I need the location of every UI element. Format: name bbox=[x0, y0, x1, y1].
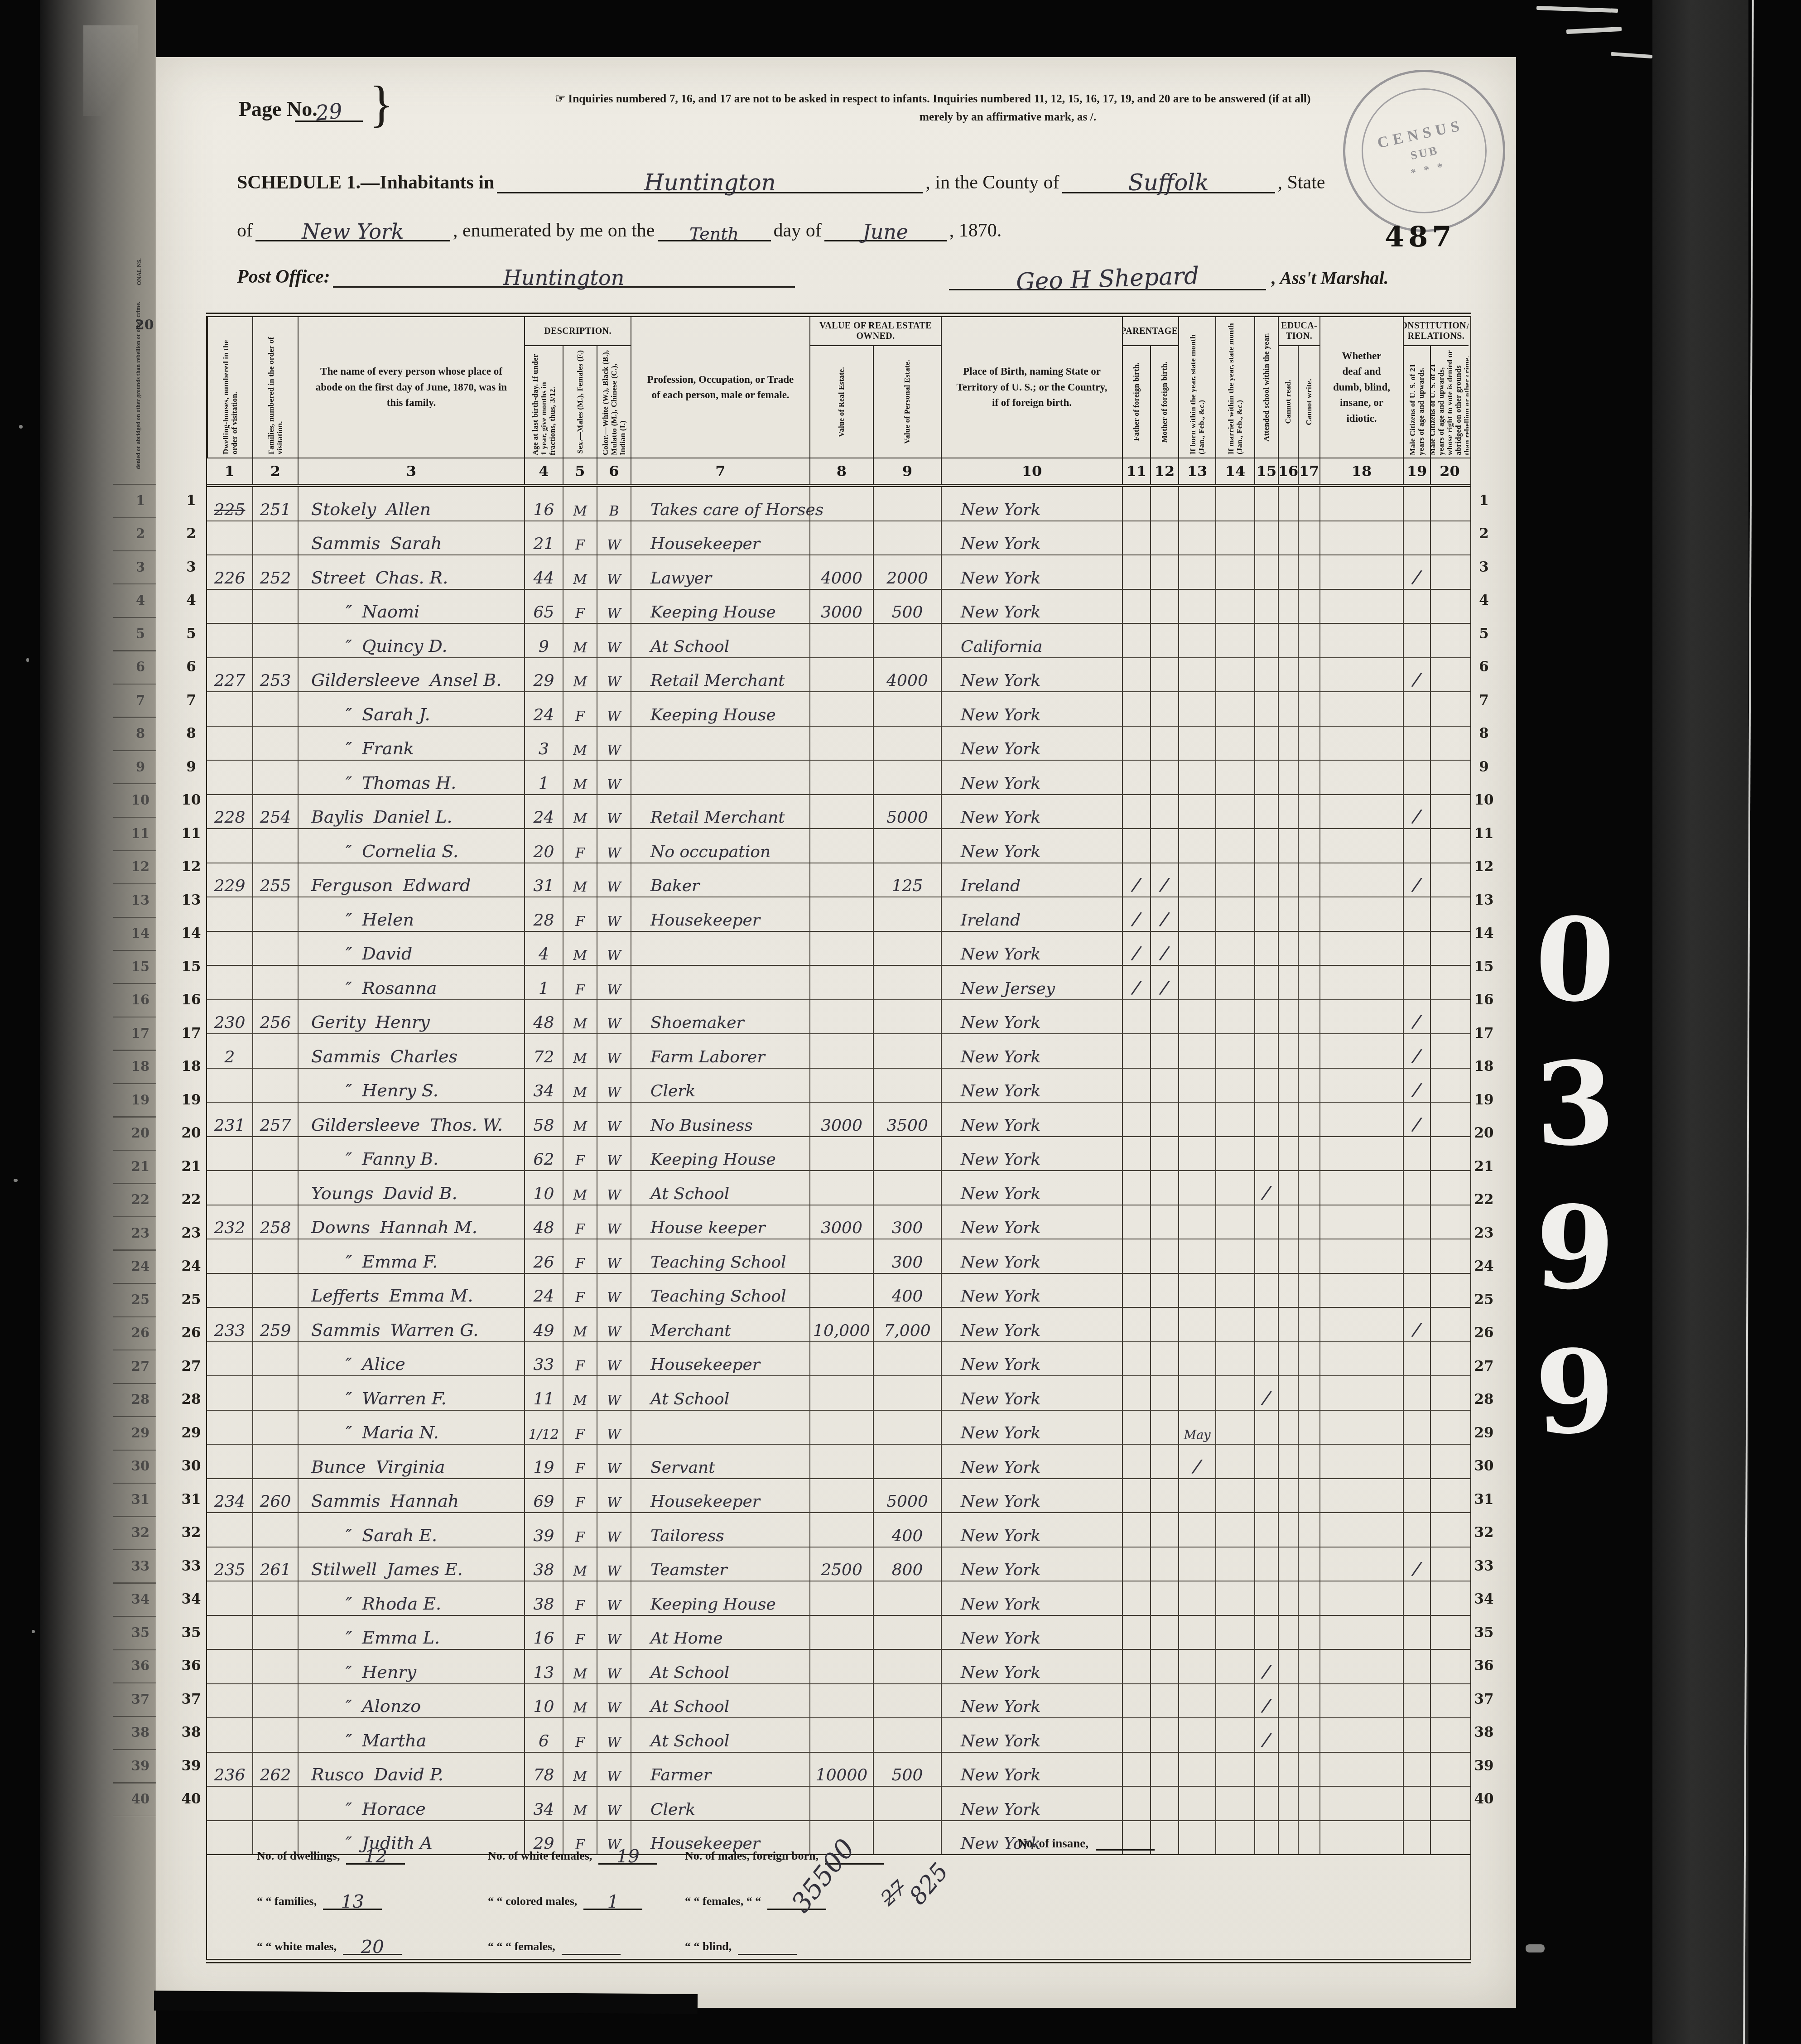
cell-sex: M bbox=[563, 1034, 597, 1068]
surname: ″ bbox=[311, 1628, 352, 1648]
cell-col13 bbox=[1178, 487, 1215, 521]
line-number: 40 bbox=[1471, 1783, 1497, 1816]
cell-col17 bbox=[1298, 692, 1319, 726]
cell-col19: / bbox=[1403, 1103, 1430, 1136]
cell-family: 252 bbox=[252, 555, 298, 589]
film-speck bbox=[14, 1179, 18, 1182]
given-name: Edward bbox=[403, 875, 471, 895]
cell-birthplace: New York bbox=[941, 1479, 1122, 1513]
line-number: 9 bbox=[1471, 750, 1497, 784]
previous-page-line-numbers: 1234567891011121314151617181920212223242… bbox=[128, 484, 153, 1816]
line-number: 37 bbox=[1471, 1682, 1497, 1716]
cell-dwelling bbox=[207, 829, 252, 863]
cell-name: DownsHannah M. bbox=[298, 1205, 524, 1239]
cell-real-estate bbox=[809, 1479, 873, 1513]
enumeration-line: of New York , enumerated by me on the Te… bbox=[237, 213, 1004, 241]
cell-col19: / bbox=[1403, 1308, 1430, 1341]
cell-col17 bbox=[1298, 932, 1319, 965]
line-number: 39 bbox=[178, 1749, 204, 1783]
cell-age: 31 bbox=[524, 863, 563, 897]
cell-personal-estate bbox=[873, 1581, 941, 1615]
column-header: If married within the year, state month … bbox=[1215, 317, 1254, 458]
table-row: 226252StreetChas. R.44MWLawyer40002000Ne… bbox=[207, 555, 1470, 590]
cell-personal-estate: 5000 bbox=[873, 1479, 941, 1513]
cell-col11 bbox=[1122, 1581, 1150, 1615]
affirmative-mark: / bbox=[1412, 874, 1421, 895]
cell-col16 bbox=[1278, 1581, 1298, 1615]
column-header: Value of Real Estate. bbox=[809, 346, 873, 458]
cell-col17 bbox=[1298, 863, 1319, 897]
cell-col17 bbox=[1298, 761, 1319, 794]
group-header: Parentage. bbox=[1122, 317, 1178, 346]
summary-line: “ “ blind, bbox=[685, 1910, 884, 1955]
cell-col13 bbox=[1178, 692, 1215, 726]
line-number: 36 bbox=[178, 1649, 204, 1683]
cell-sex: F bbox=[563, 1205, 597, 1239]
cell-col11 bbox=[1122, 1513, 1150, 1547]
cell-col11 bbox=[1122, 1069, 1150, 1102]
affirmative-mark: / bbox=[1262, 1661, 1271, 1682]
cell-col14 bbox=[1215, 1205, 1254, 1239]
cell-personal-estate bbox=[873, 761, 941, 794]
cell-col19 bbox=[1403, 1684, 1430, 1718]
cell-name: ″Thomas H. bbox=[298, 761, 524, 794]
census-office-stamp: CENSUS SUB * * * bbox=[1328, 55, 1521, 247]
cell-family bbox=[252, 897, 298, 931]
given-name: Emma M. bbox=[389, 1286, 473, 1306]
cell-birthplace: New York bbox=[941, 658, 1122, 692]
census-table: Description.Value of Real Estate Owned.P… bbox=[206, 316, 1471, 1855]
cell-real-estate bbox=[809, 1718, 873, 1752]
cell-real-estate bbox=[809, 1376, 873, 1410]
cell-col14 bbox=[1215, 658, 1254, 692]
cell-family: 254 bbox=[252, 795, 298, 829]
cell-col12 bbox=[1150, 1411, 1178, 1444]
table-row: 230256GerityHenry48MWShoemakerNew York/ bbox=[207, 1000, 1470, 1035]
line-number: 23 bbox=[1471, 1216, 1497, 1250]
cell-col17 bbox=[1298, 795, 1319, 829]
cell-family bbox=[252, 1718, 298, 1752]
column-header-label: Age at last birth-day. If under 1 year, … bbox=[531, 348, 557, 455]
cell-col20 bbox=[1430, 795, 1469, 829]
cell-sex: M bbox=[563, 795, 597, 829]
given-name: Maria N. bbox=[362, 1422, 439, 1442]
cell-dwelling bbox=[207, 590, 252, 623]
cell-real-estate bbox=[809, 1581, 873, 1615]
cell-family bbox=[252, 966, 298, 999]
surname: Sammis bbox=[311, 1046, 380, 1066]
surname: Bunce bbox=[311, 1457, 366, 1477]
line-number: 19 bbox=[128, 1083, 153, 1117]
cell-age: 16 bbox=[524, 487, 563, 521]
cell-col19 bbox=[1403, 1411, 1430, 1444]
cell-col16 bbox=[1278, 863, 1298, 897]
post-office-value: Huntington bbox=[503, 265, 624, 290]
cell-birthplace: New York bbox=[941, 795, 1122, 829]
cell-occupation: At School bbox=[631, 1650, 809, 1683]
cell-col18 bbox=[1319, 624, 1403, 657]
cell-col12 bbox=[1150, 1376, 1178, 1410]
cell-col14 bbox=[1215, 1000, 1254, 1034]
table-row: ″Henry13MWAt SchoolNew York/ bbox=[207, 1650, 1470, 1684]
surname: Stilwell bbox=[311, 1559, 377, 1579]
cell-col18 bbox=[1319, 1103, 1403, 1136]
cell-real-estate bbox=[809, 966, 873, 999]
cell-name: StilwellJames E. bbox=[298, 1547, 524, 1581]
line-number: 10 bbox=[1471, 784, 1497, 817]
column-header: Age at last birth-day. If under 1 year, … bbox=[524, 346, 563, 458]
cell-dwelling bbox=[207, 727, 252, 760]
cell-family bbox=[252, 1787, 298, 1820]
table-row: ″Fanny B.62FWKeeping HouseNew York bbox=[207, 1137, 1470, 1171]
year-label: , 1870. bbox=[949, 220, 1002, 241]
cell-col13 bbox=[1178, 1718, 1215, 1752]
line-number: 14 bbox=[178, 917, 204, 950]
cell-col16 bbox=[1278, 1034, 1298, 1068]
cell-col11 bbox=[1122, 1239, 1150, 1273]
given-name: Thos. W. bbox=[430, 1115, 503, 1135]
column-header: Whether deaf and dumb, blind, insane, or… bbox=[1319, 317, 1403, 458]
cell-sex: F bbox=[563, 966, 597, 999]
cell-age: 24 bbox=[524, 692, 563, 726]
cell-col20 bbox=[1430, 1171, 1469, 1205]
line-number: 2 bbox=[178, 517, 204, 551]
summary-label: “ “ “ females, bbox=[488, 1940, 555, 1955]
surname: Gildersleeve bbox=[311, 670, 420, 690]
cell-col19 bbox=[1403, 1718, 1430, 1752]
given-name: Cornelia S. bbox=[362, 841, 458, 861]
cell-family bbox=[252, 1376, 298, 1410]
line-number: 12 bbox=[1471, 850, 1497, 884]
group-header: Educa- tion. bbox=[1278, 317, 1319, 346]
cell-birthplace: New York bbox=[941, 727, 1122, 760]
cell-birthplace: New York bbox=[941, 1684, 1122, 1718]
cell-col11 bbox=[1122, 1137, 1150, 1171]
cell-col20 bbox=[1430, 966, 1469, 999]
cell-occupation: At School bbox=[631, 624, 809, 657]
cell-age: 24 bbox=[524, 795, 563, 829]
cell-sex: M bbox=[563, 1308, 597, 1341]
cell-occupation: Teaching School bbox=[631, 1274, 809, 1307]
cell-personal-estate: 7,000 bbox=[873, 1308, 941, 1341]
line-number: 31 bbox=[128, 1483, 153, 1516]
cell-col17 bbox=[1298, 1274, 1319, 1307]
cell-real-estate: 4000 bbox=[809, 555, 873, 589]
summary-line: “ “ families,13 bbox=[257, 1865, 405, 1910]
cell-name: ″Emma L. bbox=[298, 1616, 524, 1649]
cell-col11 bbox=[1122, 829, 1150, 863]
line-number: 14 bbox=[1471, 917, 1497, 950]
cell-personal-estate bbox=[873, 487, 941, 521]
cell-personal-estate bbox=[873, 966, 941, 999]
line-number: 19 bbox=[178, 1083, 204, 1117]
surname: Rusco bbox=[311, 1764, 364, 1784]
cell-color: W bbox=[597, 1376, 631, 1410]
affirmative-mark: / bbox=[1412, 1045, 1421, 1066]
cell-age: 78 bbox=[524, 1753, 563, 1786]
given-name: David B. bbox=[383, 1183, 457, 1203]
cell-name: ″Martha bbox=[298, 1718, 524, 1752]
cell-dwelling: 233 bbox=[207, 1308, 252, 1341]
cell-col19 bbox=[1403, 727, 1430, 760]
cell-col20 bbox=[1430, 1411, 1469, 1444]
cell-col12: / bbox=[1150, 863, 1178, 897]
column-header-label: Cannot read. bbox=[1284, 380, 1292, 424]
post-office-blank: Huntington bbox=[333, 259, 795, 288]
cell-real-estate bbox=[809, 521, 873, 555]
line-number: 23 bbox=[128, 1216, 153, 1250]
cell-sex: F bbox=[563, 1342, 597, 1376]
cell-sex: F bbox=[563, 1581, 597, 1615]
cell-col15: / bbox=[1254, 1684, 1278, 1718]
cell-color: W bbox=[597, 1718, 631, 1752]
cell-occupation: Keeping House bbox=[631, 1581, 809, 1615]
insane-count: No. of insane, bbox=[1018, 1831, 1155, 1851]
given-name: Charles bbox=[390, 1046, 457, 1066]
column-header-label: Attended school within the year. bbox=[1262, 333, 1271, 442]
cell-family bbox=[252, 692, 298, 726]
cell-family bbox=[252, 932, 298, 965]
cell-occupation: Housekeeper bbox=[631, 1342, 809, 1376]
cell-col20 bbox=[1430, 897, 1469, 931]
cell-age: 1 bbox=[524, 761, 563, 794]
affirmative-mark: / bbox=[1412, 1114, 1421, 1135]
cell-col11 bbox=[1122, 555, 1150, 589]
cell-col12 bbox=[1150, 1171, 1178, 1205]
column-number: 4 bbox=[524, 458, 563, 484]
cell-occupation: Teaching School bbox=[631, 1239, 809, 1273]
cell-col13 bbox=[1178, 1034, 1215, 1068]
cell-col13 bbox=[1178, 966, 1215, 999]
cell-col16 bbox=[1278, 1513, 1298, 1547]
column-header: Male Citizens of U. S. of 21 years of ag… bbox=[1403, 346, 1430, 458]
cell-sex: M bbox=[563, 555, 597, 589]
cell-color: W bbox=[597, 932, 631, 965]
cell-birthplace: New York bbox=[941, 692, 1122, 726]
column-header-label: Dwelling-houses, numbered in the order o… bbox=[222, 320, 239, 454]
line-number: 8 bbox=[128, 717, 153, 751]
line-number: 24 bbox=[1471, 1250, 1497, 1283]
cell-birthplace: New York bbox=[941, 1376, 1122, 1410]
cell-col12 bbox=[1150, 1445, 1178, 1478]
cell-age: 58 bbox=[524, 1103, 563, 1136]
previous-page-column-number: 20 bbox=[135, 317, 154, 333]
given-name: Alice bbox=[362, 1354, 405, 1374]
cell-col12 bbox=[1150, 521, 1178, 555]
line-number: 25 bbox=[128, 1283, 153, 1316]
cell-occupation: At School bbox=[631, 1171, 809, 1205]
cell-family bbox=[252, 1513, 298, 1547]
cell-real-estate bbox=[809, 1445, 873, 1478]
cell-age: 65 bbox=[524, 590, 563, 623]
table-row: ″Helen28FWHousekeeperIreland// bbox=[207, 897, 1470, 932]
cell-color: W bbox=[597, 1274, 631, 1307]
cell-dwelling: 227 bbox=[207, 658, 252, 692]
summary-line: “ “ white males,20 bbox=[257, 1910, 405, 1955]
cell-family bbox=[252, 1137, 298, 1171]
cell-col17 bbox=[1298, 1787, 1319, 1820]
cell-occupation: House keeper bbox=[631, 1205, 809, 1239]
cell-col15 bbox=[1254, 1581, 1278, 1615]
cell-col11 bbox=[1122, 1445, 1150, 1478]
column-header-label: Whether deaf and dumb, blind, insane, or… bbox=[1320, 348, 1403, 427]
cell-col14 bbox=[1215, 1513, 1254, 1547]
table-row: 2SammisCharles72MWFarm LaborerNew York/ bbox=[207, 1034, 1470, 1069]
cell-col20 bbox=[1430, 1445, 1469, 1478]
cell-age: 48 bbox=[524, 1205, 563, 1239]
cell-col13 bbox=[1178, 521, 1215, 555]
cell-col18 bbox=[1319, 863, 1403, 897]
cell-col18 bbox=[1319, 1342, 1403, 1376]
cell-name: StreetChas. R. bbox=[298, 555, 524, 589]
cell-col14 bbox=[1215, 1069, 1254, 1102]
column-header: Value of Personal Estate. bbox=[873, 346, 941, 458]
cell-name: ″Alonzo bbox=[298, 1684, 524, 1718]
cell-personal-estate: 400 bbox=[873, 1274, 941, 1307]
film-speck bbox=[1526, 1944, 1545, 1952]
cell-occupation: At School bbox=[631, 1684, 809, 1718]
film-scratch bbox=[1536, 6, 1618, 13]
column-header-label: Cannot write. bbox=[1305, 379, 1313, 425]
line-number: 26 bbox=[178, 1316, 204, 1350]
cell-occupation: Baker bbox=[631, 863, 809, 897]
cell-real-estate bbox=[809, 1069, 873, 1102]
cell-age: 33 bbox=[524, 1342, 563, 1376]
previous-page-fragment-text: denied or abridged on other grounds than… bbox=[135, 288, 141, 469]
cell-col19 bbox=[1403, 1274, 1430, 1307]
cell-family bbox=[252, 1342, 298, 1376]
cell-col18 bbox=[1319, 1000, 1403, 1034]
cell-col18 bbox=[1319, 829, 1403, 863]
cell-birthplace: New York bbox=[941, 487, 1122, 521]
cell-col11 bbox=[1122, 1103, 1150, 1136]
summary-blank: 20 bbox=[343, 1933, 402, 1955]
given-name: Sarah bbox=[390, 533, 442, 553]
cell-family bbox=[252, 521, 298, 555]
cell-real-estate bbox=[809, 727, 873, 760]
cell-sex: M bbox=[563, 1547, 597, 1581]
cell-sex: M bbox=[563, 487, 597, 521]
line-number: 6 bbox=[178, 651, 204, 684]
cell-col13 bbox=[1178, 1205, 1215, 1239]
cell-col18 bbox=[1319, 1171, 1403, 1205]
instructions: ☞ Inquiries numbered 7, 16, and 17 are n… bbox=[555, 90, 1461, 125]
cell-col12 bbox=[1150, 658, 1178, 692]
cell-col12 bbox=[1150, 1718, 1178, 1752]
cell-col20 bbox=[1430, 658, 1469, 692]
cell-col11: / bbox=[1122, 897, 1150, 931]
cell-family: 251 bbox=[252, 487, 298, 521]
summary-column-3: No. of males, foreign born,“ “ females, … bbox=[685, 1819, 884, 1955]
column-number: 3 bbox=[298, 458, 524, 484]
cell-personal-estate bbox=[873, 1069, 941, 1102]
cell-col11 bbox=[1122, 1479, 1150, 1513]
cell-col18 bbox=[1319, 727, 1403, 760]
cell-birthplace: New York bbox=[941, 1034, 1122, 1068]
cell-col11 bbox=[1122, 1376, 1150, 1410]
cell-occupation: Keeping House bbox=[631, 1137, 809, 1171]
cell-col12 bbox=[1150, 1684, 1178, 1718]
line-number: 40 bbox=[178, 1783, 204, 1816]
table-row: ″Naomi65FWKeeping House3000500New York bbox=[207, 590, 1470, 624]
cell-col14 bbox=[1215, 1034, 1254, 1068]
cell-col20 bbox=[1430, 1376, 1469, 1410]
cell-real-estate bbox=[809, 1034, 873, 1068]
cell-col19 bbox=[1403, 1753, 1430, 1786]
group-header: Constitutional Relations. bbox=[1403, 317, 1469, 346]
cell-col14 bbox=[1215, 1547, 1254, 1581]
cell-name: SammisCharles bbox=[298, 1034, 524, 1068]
cell-birthplace: Ireland bbox=[941, 863, 1122, 897]
cell-dwelling bbox=[207, 1616, 252, 1649]
column-header-label: Place of Birth, naming State or Territor… bbox=[942, 364, 1122, 411]
cell-col17 bbox=[1298, 590, 1319, 623]
cell-name: ″Alice bbox=[298, 1342, 524, 1376]
cell-col20 bbox=[1430, 1069, 1469, 1102]
cell-family bbox=[252, 727, 298, 760]
cell-dwelling: 226 bbox=[207, 555, 252, 589]
cell-col12 bbox=[1150, 1547, 1178, 1581]
cell-col14 bbox=[1215, 1103, 1254, 1136]
summary-label: No. of males, foreign born, bbox=[685, 1849, 819, 1865]
line-number: 21 bbox=[128, 1150, 153, 1183]
line-number: 34 bbox=[128, 1583, 153, 1616]
cell-col15 bbox=[1254, 966, 1278, 999]
column-header-label: If married within the year, state month … bbox=[1227, 320, 1244, 454]
surname: Sammis bbox=[311, 1491, 380, 1511]
table-row: YoungsDavid B.10MWAt SchoolNew York/ bbox=[207, 1171, 1470, 1205]
table-row: ″David4MWNew York// bbox=[207, 932, 1470, 966]
table-row: 236262RuscoDavid P.78MWFarmer10000500New… bbox=[207, 1753, 1470, 1787]
cell-col14 bbox=[1215, 1411, 1254, 1444]
summary-column-2: No. of white females,19“ “ colored males… bbox=[488, 1819, 657, 1955]
affirmative-mark: / bbox=[1160, 874, 1169, 895]
surname: ″ bbox=[311, 1696, 352, 1716]
surname: Gerity bbox=[311, 1012, 366, 1032]
cell-col19 bbox=[1403, 1513, 1430, 1547]
cell-col16 bbox=[1278, 1411, 1298, 1444]
cell-name: ″Naomi bbox=[298, 590, 524, 623]
cell-col14 bbox=[1215, 727, 1254, 760]
cell-col20 bbox=[1430, 1103, 1469, 1136]
line-number: 27 bbox=[128, 1350, 153, 1383]
table-row: 229255FergusonEdward31MWBaker125Ireland/… bbox=[207, 863, 1470, 898]
group-header: Value of Real Estate Owned. bbox=[809, 317, 941, 346]
cell-col15 bbox=[1254, 1787, 1278, 1820]
cell-birthplace: New York bbox=[941, 1308, 1122, 1341]
cell-col12 bbox=[1150, 624, 1178, 657]
cell-col14 bbox=[1215, 555, 1254, 589]
cell-real-estate bbox=[809, 795, 873, 829]
cell-occupation: Keeping House bbox=[631, 590, 809, 623]
line-number: 24 bbox=[178, 1250, 204, 1283]
summary-column-1: No. of dwellings,12“ “ families,13“ “ wh… bbox=[257, 1819, 405, 1955]
given-name: Daniel L. bbox=[374, 807, 453, 827]
table-row: 225251StokelyAllen16MBTakes care of Hors… bbox=[207, 487, 1470, 521]
cell-color: W bbox=[597, 761, 631, 794]
cell-dwelling bbox=[207, 624, 252, 657]
cell-personal-estate bbox=[873, 1445, 941, 1478]
cell-occupation bbox=[631, 727, 809, 760]
cell-real-estate: 3000 bbox=[809, 590, 873, 623]
line-number: 21 bbox=[1471, 1150, 1497, 1183]
county-label: , in the County of bbox=[925, 172, 1059, 193]
summary-line: “ “ females, “ “ bbox=[685, 1865, 884, 1910]
cell-col15 bbox=[1254, 1616, 1278, 1649]
line-number: 8 bbox=[1471, 717, 1497, 751]
cell-personal-estate bbox=[873, 1718, 941, 1752]
line-number: 12 bbox=[178, 850, 204, 884]
